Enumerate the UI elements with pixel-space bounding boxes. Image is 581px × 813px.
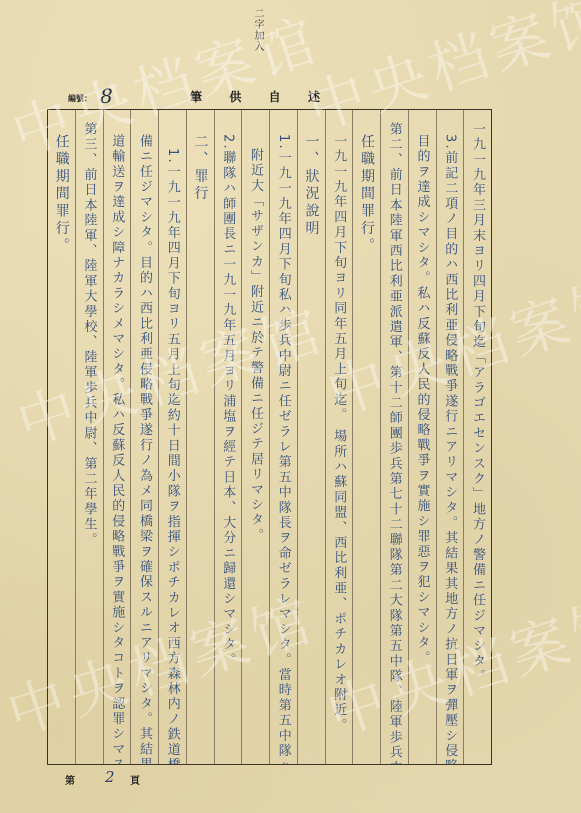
column-text: 二、罪行 — [187, 110, 214, 764]
page-prefix: 第 — [65, 772, 75, 787]
page-suffix: 頁 — [130, 772, 140, 787]
text-column: 任職期間罪行。 — [352, 110, 380, 764]
column-text: 一、狀況說明 — [298, 110, 325, 764]
text-column: 一九一九年三月末ヨリ四月下旬迄「アラゴエセンスク」地方ノ警備ニ任ジマシタ。 — [463, 110, 491, 764]
text-column: 目的ヲ達成シマシタ。私ハ反蘇反人民的侵略戰爭ヲ實施シ罪惡ヲ犯シマシタ。 — [408, 110, 436, 764]
text-column: 任職期間罪行。 — [48, 110, 75, 764]
text-column: 一、狀況說明 — [297, 110, 325, 764]
column-text: 道輸送ヲ達成シ障ナカラシメマシタ。私ハ反蘇反人民的侵略戰爭ヲ實施シタコトヲ認罪シ… — [104, 110, 131, 764]
text-column: 備ニ任ジマシタ。目的ハ西比利亜侵略戰爭遂行ノ為メ同橋梁ヲ確保スルニアリマシタ。其… — [130, 110, 158, 764]
text-column: 二、罪行 — [186, 110, 214, 764]
text-column: 1.一九一九年四月下旬私ハ歩兵中尉ニ任ゼラレ第五中隊長ヲ命ゼラレマシタ。當時第五… — [269, 110, 297, 764]
title-char: 自 — [269, 88, 281, 105]
column-text: 3.前記二項ノ目的ハ西比利亜侵略戰爭遂行ニアリマシタ。其結果其地方ノ抗日軍ヲ彈壓… — [437, 110, 464, 764]
text-column: 3.前記二項ノ目的ハ西比利亜侵略戰爭遂行ニアリマシタ。其結果其地方ノ抗日軍ヲ彈壓… — [436, 110, 464, 764]
handwritten-top-note: 二字加入 — [250, 8, 265, 52]
column-text: 第三、前日本陸軍、陸軍大學校、陸軍歩兵中尉、第二年學生。 — [76, 110, 103, 764]
document-title: 述 自 供 筆 — [190, 88, 320, 105]
document-page: 中央档案馆 中央档案馆 中央档案馆 中央档案馆 中央档案馆 中央档案馆 二字加入… — [0, 0, 581, 813]
text-column: 第二、前日本陸軍西比利亜派遣軍、第十二師團歩兵第七十二聯隊第二大隊第五中隊、陸軍… — [380, 110, 408, 764]
title-char: 筆 — [190, 88, 202, 105]
text-column: 1.一九一九年四月下旬ヨリ五月上旬迄約十日間小隊ヲ指揮シポチカレオ西方森林内ノ鉄… — [158, 110, 186, 764]
ruled-column-grid: 一九一九年三月末ヨリ四月下旬迄「アラゴエセンスク」地方ノ警備ニ任ジマシタ。 3.… — [47, 109, 492, 765]
column-text: 第二、前日本陸軍西比利亜派遣軍、第十二師團歩兵第七十二聯隊第二大隊第五中隊、陸軍… — [381, 110, 408, 764]
column-text: 1.一九一九年四月下旬私ハ歩兵中尉ニ任ゼラレ第五中隊長ヲ命ゼラレマシタ。當時第五… — [270, 110, 297, 764]
column-text: 任職期間罪行。 — [353, 110, 380, 764]
title-char: 述 — [308, 88, 320, 105]
text-column: 第三、前日本陸軍、陸軍大學校、陸軍歩兵中尉、第二年學生。 — [75, 110, 103, 764]
column-text: 目的ヲ達成シマシタ。私ハ反蘇反人民的侵略戰爭ヲ實施シ罪惡ヲ犯シマシタ。 — [409, 110, 436, 764]
text-column: 2.聯隊ハ師團長ニ一九一九年五月ヨリ浦塩ヲ經テ日本、大分ニ歸還シマシタ。 — [214, 110, 242, 764]
serial-value: 8 — [100, 84, 113, 108]
serial-label: 編號： — [68, 93, 92, 104]
text-column: 道輸送ヲ達成シ障ナカラシメマシタ。私ハ反蘇反人民的侵略戰爭ヲ實施シタコトヲ認罪シ… — [103, 110, 131, 764]
text-column: 附近大「サザンカ」附近ニ於テ警備ニ任ジテ居リマシタ。 — [241, 110, 269, 764]
column-text: 任職期間罪行。 — [48, 110, 75, 764]
title-char: 供 — [229, 88, 241, 105]
column-text: 1.一九一九年四月下旬ヨリ五月上旬迄約十日間小隊ヲ指揮シポチカレオ西方森林内ノ鉄… — [159, 110, 186, 764]
page-number: 2 — [105, 768, 115, 786]
text-column: 一九一九年四月下旬ヨリ同年五月上旬迄。 場所ハ蘇同盟、西比利亜、ポチカレオ附近。 — [325, 110, 353, 764]
column-text: 備ニ任ジマシタ。目的ハ西比利亜侵略戰爭遂行ノ為メ同橋梁ヲ確保スルニアリマシタ。其… — [131, 110, 158, 764]
column-text: 一九一九年四月下旬ヨリ同年五月上旬迄。 場所ハ蘇同盟、西比利亜、ポチカレオ附近。 — [326, 110, 353, 764]
column-text: 附近大「サザンカ」附近ニ於テ警備ニ任ジテ居リマシタ。 — [242, 110, 269, 764]
column-text: 2.聯隊ハ師團長ニ一九一九年五月ヨリ浦塩ヲ經テ日本、大分ニ歸還シマシタ。 — [215, 110, 242, 764]
column-text: 一九一九年三月末ヨリ四月下旬迄「アラゴエセンスク」地方ノ警備ニ任ジマシタ。 — [464, 110, 491, 764]
